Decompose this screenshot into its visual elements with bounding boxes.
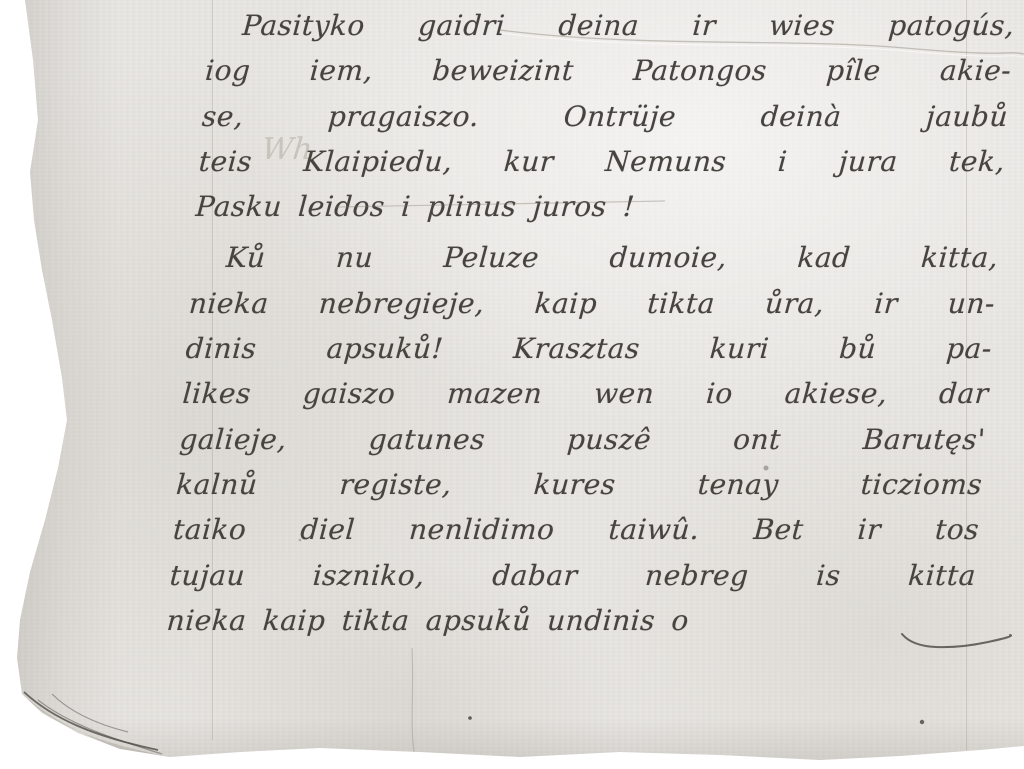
manuscript-line-9: likes gaiszo mazen wen io akiese, dar xyxy=(181,371,990,416)
torn-bottom-edge-shadow xyxy=(0,709,1024,769)
manuscript-line-6: Ků nu Peluze dumoie, kad kitta, xyxy=(191,235,1000,280)
manuscript-line-4: teis Klaipiedu, kur Nemuns i jura tek, xyxy=(197,139,1006,184)
manuscript-line-10: galieje, gatunes puszê ont Barutęs' xyxy=(178,417,987,462)
manuscript-line-5: Pasku leidos i plinus juros ! xyxy=(194,184,1003,229)
handwritten-text-block: Pasityko gaidri deina ir wies patogús, i… xyxy=(165,3,1016,643)
manuscript-line-14: nieka kaip tikta apsuků undinis o xyxy=(165,598,974,643)
manuscript-line-8: dinis apsuků! Krasztas kuri bů pa- xyxy=(184,326,993,371)
manuscript-line-1: Pasityko gaidri deina ir wies patogús, xyxy=(207,3,1016,48)
manuscript-line-3: se, pragaiszo. Ontrüje deinà jaubů xyxy=(200,94,1009,139)
manuscript-line-11: kalnů registe, kures tenay ticzioms xyxy=(175,462,984,507)
manuscript-line-13: tujau iszniko, dabar nebreg is kitta xyxy=(168,553,977,598)
manuscript-line-2: iog iem, beweizint Patongos pîle akie- xyxy=(204,48,1013,93)
scanned-manuscript-image: Wh Pasityko gaidri deina ir wies patogús… xyxy=(0,0,1024,769)
manuscript-line-7: nieka nebregieje, kaip tikta ůra, ir un- xyxy=(187,281,996,326)
torn-left-edge-shadow xyxy=(0,0,120,769)
manuscript-line-12: taiko diel nenlidimo taiwû. Bet ir tos xyxy=(172,507,981,552)
manuscript-page: Wh Pasityko gaidri deina ir wies patogús… xyxy=(0,0,1024,769)
